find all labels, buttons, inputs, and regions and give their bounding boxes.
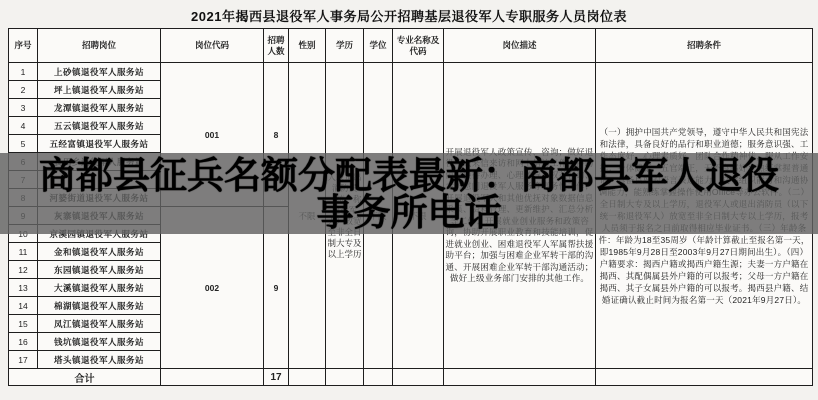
row-post: 五云镇退役军人服务站 <box>38 117 161 135</box>
table-row: 1 上砂镇退役军人服务站 001 8 不限 人或退出消防员（统一称退役军人）放宽… <box>9 63 813 81</box>
row-serial: 14 <box>9 297 38 315</box>
row-serial: 5 <box>9 135 38 153</box>
col-header-serial: 序号 <box>9 29 38 63</box>
total-row: 合计 17 <box>9 369 813 386</box>
row-post: 凤江镇退役军人服务站 <box>38 315 161 333</box>
row-post: 棉湖镇退役军人服务站 <box>38 297 161 315</box>
row-serial: 13 <box>9 279 38 297</box>
total-empty-gender <box>289 369 326 386</box>
col-header-post: 招聘岗位 <box>38 29 161 63</box>
scanned-recruitment-table-page: 2021年揭西县退役军人事务局公开招聘基层退役军人专职服务人员岗位表 序号 招聘… <box>0 0 818 400</box>
row-serial: 15 <box>9 315 38 333</box>
row-post: 上砂镇退役军人服务站 <box>38 63 161 81</box>
total-empty-education <box>326 369 364 386</box>
page-title: 2021年揭西县退役军人事务局公开招聘基层退役军人专职服务人员岗位表 <box>0 6 818 25</box>
row-post: 金和镇退役军人服务站 <box>38 243 161 261</box>
header-row: 序号 招聘岗位 岗位代码 招聘人数 性别 学历 学位 专业名称及代码 岗位描述 … <box>9 29 813 63</box>
total-empty-degree <box>364 369 393 386</box>
col-header-count: 招聘人数 <box>264 29 289 63</box>
col-header-code: 岗位代码 <box>161 29 264 63</box>
total-label: 合计 <box>9 369 161 386</box>
row-post: 东园镇退役军人服务站 <box>38 261 161 279</box>
total-count: 17 <box>264 369 289 386</box>
col-header-degree: 学位 <box>364 29 393 63</box>
total-code-empty <box>161 369 264 386</box>
total-empty-duty <box>444 369 596 386</box>
row-post: 塔头镇退役军人服务站 <box>38 351 161 369</box>
watermark-caption-text: 商都县征兵名额分配表最新：商都县军人退役事务所电话 <box>0 157 818 231</box>
row-post: 五经富镇退役军人服务站 <box>38 135 161 153</box>
row-serial: 3 <box>9 99 38 117</box>
col-header-major: 专业名称及代码 <box>393 29 444 63</box>
row-serial: 16 <box>9 333 38 351</box>
col-header-education: 学历 <box>326 29 364 63</box>
row-post: 坪上镇退役军人服务站 <box>38 81 161 99</box>
row-post: 龙潭镇退役军人服务站 <box>38 99 161 117</box>
row-serial: 11 <box>9 243 38 261</box>
total-empty-major <box>393 369 444 386</box>
row-serial: 12 <box>9 261 38 279</box>
row-post: 大溪镇退役军人服务站 <box>38 279 161 297</box>
col-header-requirements: 招聘条件 <box>596 29 813 63</box>
total-empty-requirements <box>596 369 813 386</box>
row-serial: 17 <box>9 351 38 369</box>
row-post: 钱坑镇退役军人服务站 <box>38 333 161 351</box>
row-serial: 2 <box>9 81 38 99</box>
col-header-duty: 岗位描述 <box>444 29 596 63</box>
row-serial: 4 <box>9 117 38 135</box>
row-serial: 1 <box>9 63 38 81</box>
col-header-gender: 性别 <box>289 29 326 63</box>
watermark-caption-band: 商都县征兵名额分配表最新：商都县军人退役事务所电话 <box>0 153 818 234</box>
